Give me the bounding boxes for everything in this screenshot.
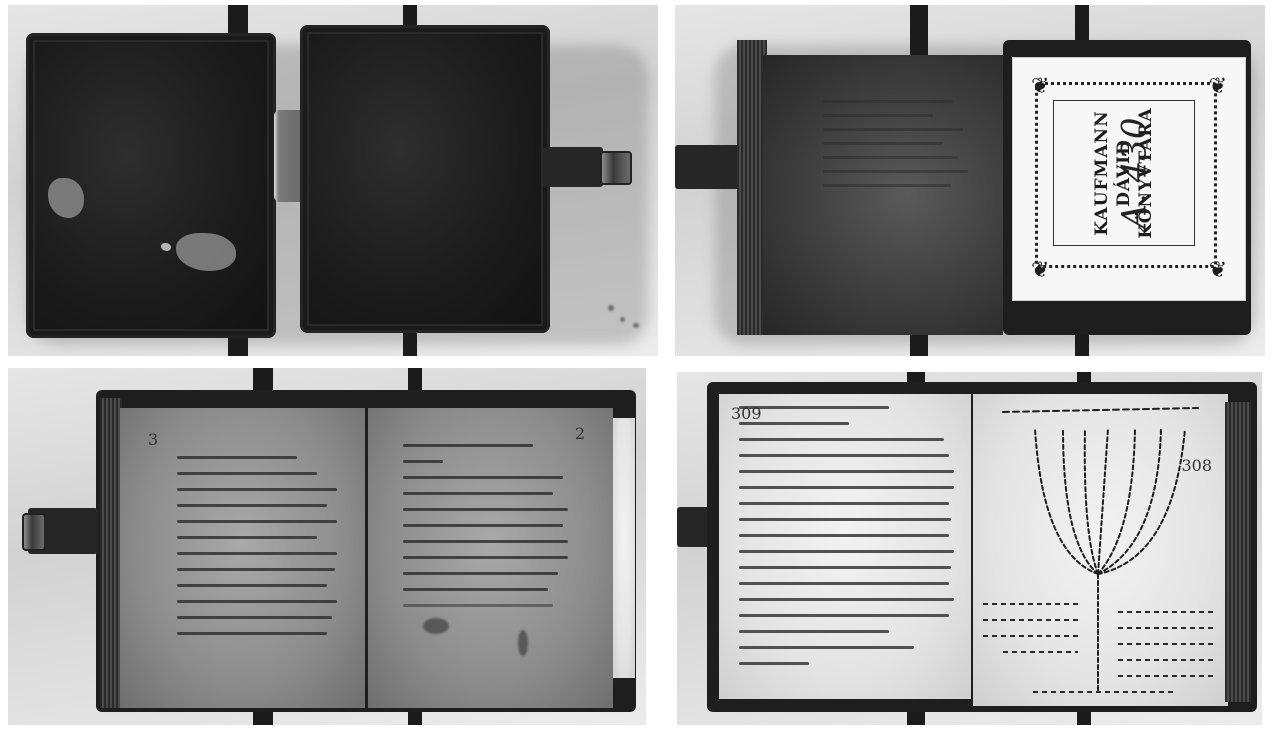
- right-page: 2: [368, 408, 613, 708]
- clasp-buckle: [600, 151, 632, 185]
- stain: [423, 618, 449, 634]
- photo-closed-covers: [8, 5, 658, 356]
- inner-leaf: [763, 55, 1003, 335]
- clasp-strap: [675, 145, 743, 189]
- left-page: 309: [719, 394, 971, 699]
- ornament-icon: ❦: [1209, 260, 1227, 282]
- inner-border: KAUFMANN DÁVID KÖNYVTÁRA A. 430: [1053, 100, 1195, 246]
- library-bookplate: KAUFMANN DÁVID KÖNYVTÁRA A. 430 ❦ ❦ ❦ ❦: [1012, 57, 1246, 301]
- clasp-buckle: [22, 513, 46, 551]
- menorah-calligram-icon: [973, 394, 1228, 706]
- ornament-icon: ❦: [1031, 76, 1049, 98]
- worn-patch: [161, 243, 171, 251]
- stain: [633, 323, 639, 328]
- page-edges: [100, 398, 122, 708]
- shelfmark-wrapper: A. 430: [1110, 117, 1154, 228]
- bookplate-line-1: KAUFMANN: [1092, 110, 1112, 235]
- front-cover: [26, 33, 276, 338]
- ornament-icon: ❦: [1031, 260, 1049, 282]
- back-cover: [300, 25, 550, 333]
- photo-bookplate: KAUFMANN DÁVID KÖNYVTÁRA A. 430 ❦ ❦ ❦ ❦: [675, 5, 1265, 356]
- photo-menorah-pages: 309 308: [677, 372, 1262, 725]
- worn-patch: [176, 233, 236, 271]
- left-page: 3: [120, 408, 365, 708]
- stain: [620, 317, 625, 322]
- folio-number: 3: [148, 430, 158, 449]
- worn-patch: [48, 178, 84, 218]
- hebrew-text-block: [177, 456, 347, 635]
- photo-text-pages: 3 2: [8, 368, 646, 725]
- ornament-icon: ❦: [1209, 76, 1227, 98]
- stain: [518, 630, 528, 656]
- clasp-strap: [543, 147, 603, 187]
- page-edges: [1225, 402, 1251, 702]
- folio-number: 2: [575, 424, 585, 443]
- stain: [608, 305, 614, 311]
- hebrew-text-block: [403, 444, 573, 607]
- page-edge-light: [613, 418, 635, 678]
- shelfmark: A. 430: [1114, 117, 1154, 228]
- hebrew-cursive-text: [739, 406, 959, 665]
- faint-text: [823, 100, 973, 187]
- right-page: 308: [973, 394, 1228, 706]
